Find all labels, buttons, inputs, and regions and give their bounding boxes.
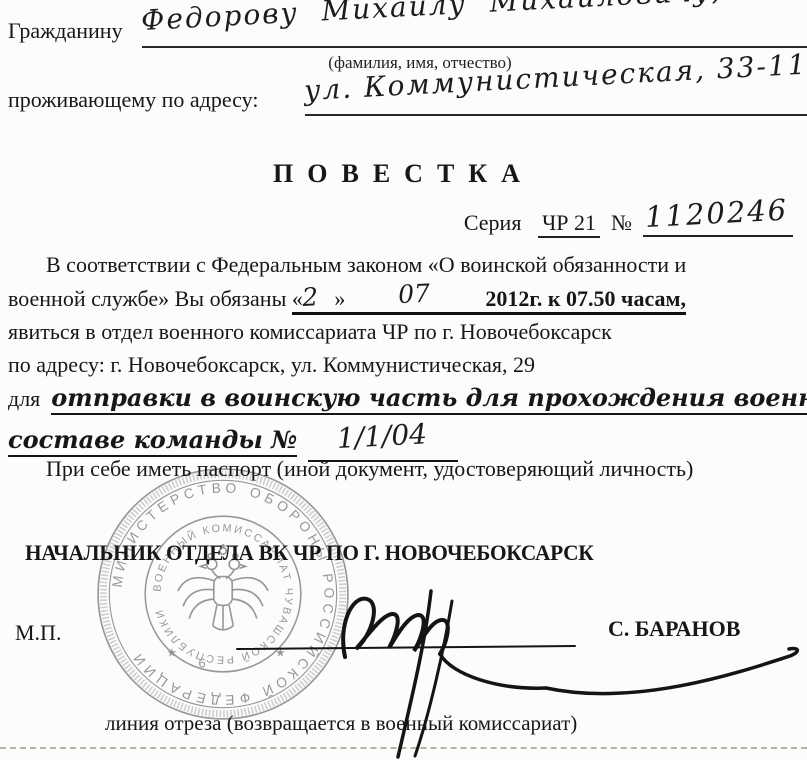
purpose-prefix: для [8, 386, 40, 411]
recipient-name-handwritten: Федорову Михаилу Михайловичу, 93 [140, 0, 785, 37]
team-number-handwritten: 1/1/04 [336, 414, 428, 459]
body-line2-prefix: военной службе» Вы обязаны [8, 286, 292, 311]
purpose-line-1: отправки в воинскую часть для прохождени… [51, 383, 807, 415]
body-line-1: В соответствии с Федеральным законом «О … [8, 248, 794, 281]
day-handwritten: 2 [301, 280, 329, 314]
stamp-place-label: М.П. [15, 620, 61, 646]
number-sign: № [611, 210, 632, 235]
month-handwritten: 07 [344, 274, 486, 314]
stamp-center-number: 6 [198, 656, 205, 671]
body-paragraph: В соответствии с Федеральным законом «О … [8, 248, 794, 381]
stamp-star-left-icon: ★ [167, 647, 177, 659]
stamp-star-right-icon: ★ [275, 647, 285, 659]
signer-name: С. БАРАНОВ [608, 616, 740, 642]
summons-document-page: МИНИСТЕРСТВО ОБОРОНЫ РОССИЙСКОЙ ФЕДЕРАЦИ… [0, 0, 807, 760]
document-title: ПОВЕСТКА [0, 159, 807, 189]
note-text: При себе иметь паспорт (иной документ, у… [8, 456, 693, 482]
series-label: Серия [464, 210, 522, 235]
cut-line-label: линия отреза (возвращается в военный ком… [105, 711, 577, 736]
body-line-4: по адресу: г. Новочебоксарск, ул. Коммун… [8, 348, 794, 381]
datetime-bold: 2012г. к 07.50 часам, [485, 286, 686, 311]
stamp-outer-ornament-band [103, 474, 343, 714]
official-round-stamp: МИНИСТЕРСТВО ОБОРОНЫ РОССИЙСКОЙ ФЕДЕРАЦИ… [95, 466, 351, 722]
position-title: НАЧАЛЬНИК ОТДЕЛА ВК ЧР ПО Г. НОВОЧЕБОКСА… [25, 540, 593, 566]
body-line-3: явиться в отдел военного комиссариата ЧР… [8, 315, 794, 348]
address-label: проживающему по адресу: [8, 87, 258, 113]
cut-dashed-line [0, 747, 807, 749]
recipient-label: Гражданину [8, 18, 123, 44]
series-number-handwritten: 1120246 [645, 193, 790, 234]
body-line-2: военной службе» Вы обязаны «2 »072012г. … [8, 281, 794, 315]
purpose-block: для отправки в воинскую часть для прохож… [8, 378, 807, 462]
series-value: ЧР 21 [538, 210, 600, 238]
purpose-line-2: составе команды № [8, 425, 297, 457]
